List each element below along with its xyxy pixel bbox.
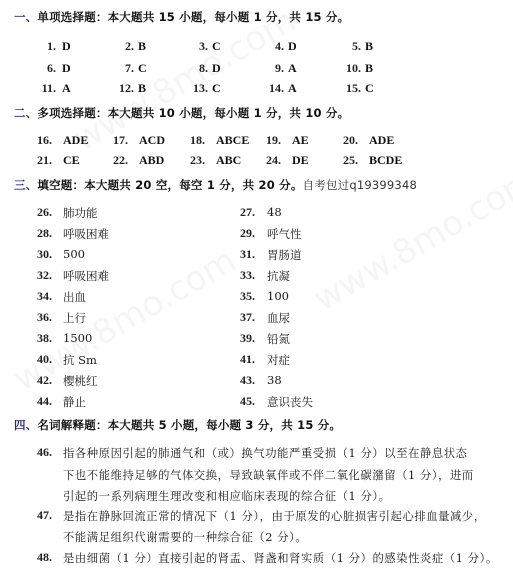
question-number: 30.	[37, 247, 52, 262]
question-number: 37.	[240, 310, 255, 325]
question-number: 35.	[240, 289, 255, 304]
question-number: 18.	[190, 133, 205, 148]
answer-value: 静止	[63, 394, 86, 410]
question-number: 5.	[0, 39, 361, 54]
question-number: 21.	[37, 153, 52, 168]
answer-text-line: 不能满足组织代谢需要的一种综合征（2 分）。	[63, 529, 307, 545]
question-number: 39.	[240, 331, 255, 346]
answer-value: ABCE	[216, 133, 249, 148]
question-number: 46.	[37, 445, 52, 460]
question-number: 32.	[37, 268, 52, 283]
question-number: 43.	[240, 373, 255, 388]
question-number: 25.	[343, 153, 358, 168]
question-number: 19.	[266, 133, 281, 148]
question-number: 42.	[37, 373, 52, 388]
question-number: 45.	[240, 394, 255, 409]
answer-value: 对症	[267, 352, 290, 368]
answer-value: 樱桃红	[63, 373, 98, 389]
section-extra-note: 自考包过q19399348	[303, 178, 417, 192]
question-number: 28.	[37, 226, 52, 241]
answer-value: 1500	[63, 331, 92, 345]
answer-value: 出血	[63, 289, 86, 305]
question-number: 10.	[0, 61, 361, 76]
answer-value: 肺功能	[63, 205, 98, 221]
answer-value: 胃肠道	[267, 247, 302, 263]
section-heading-3: 三、填空题：本大题共 20 空，每空 1 分，共 20 分。自考包过q19399…	[14, 177, 417, 193]
answer-value: 呼气性	[267, 226, 302, 242]
answer-value: ABD	[139, 153, 164, 168]
answer-value: 呼吸困难	[63, 226, 109, 242]
question-number: 29.	[240, 226, 255, 241]
section-index: 四、	[14, 418, 37, 432]
answer-text-line: 引起的一系列病理生理改变和相应临床表现的综合征（1 分）。	[63, 488, 391, 504]
question-number: 23.	[190, 153, 205, 168]
section-heading-4: 四、名词解释题：本大题共 5 小题，每小题 3 分，共 15 分。	[14, 417, 341, 433]
answer-value: 48	[267, 205, 282, 219]
question-number: 17.	[113, 133, 128, 148]
question-number: 36.	[37, 310, 52, 325]
answer-value: 血尿	[267, 310, 290, 326]
answer-value: 抗 Sm	[63, 352, 97, 368]
question-number: 26.	[37, 205, 52, 220]
section-heading-2: 二、多项选择题：本大题共 10 小题，每小题 1 分，共 10 分。	[14, 105, 349, 121]
question-number: 24.	[266, 153, 281, 168]
answer-value: 铅氮	[267, 331, 290, 347]
question-number: 47.	[37, 508, 52, 523]
question-number: 40.	[37, 352, 52, 367]
answer-value: B	[365, 39, 373, 54]
answer-value: ADE	[63, 133, 88, 148]
answer-value: 意识丧失	[267, 394, 313, 410]
question-number: 38.	[37, 331, 52, 346]
section-title: 名词解释题：本大题共 5 小题，每小题 3 分，共 15 分。	[37, 418, 341, 432]
question-number: 16.	[37, 133, 52, 148]
answer-text-line: 指各种原因引起的肺通气和（或）换气功能严重受损（1 分）以至在静息状态	[63, 445, 468, 461]
section-title: 多项选择题：本大题共 10 小题，每小题 1 分，共 10 分。	[37, 106, 349, 120]
section-heading-1: 一、单项选择题：本大题共 15 小题，每小题 1 分，共 15 分。	[14, 9, 349, 25]
answer-text-line: 是由细菌（1 分）直接引起的肾盂、肾盏和肾实质（1 分）的感染性炎症（1 分）。	[63, 550, 498, 566]
question-number: 48.	[37, 550, 52, 565]
question-number: 31.	[240, 247, 255, 262]
question-number: 41.	[240, 352, 255, 367]
answer-text-line: 是指在静脉回流正常的情况下（1 分），由于原发的心脏损害引起心排血量减少，	[63, 508, 486, 524]
answer-value: 抗凝	[267, 268, 290, 284]
answer-value: ABC	[216, 153, 241, 168]
section-index: 三、	[14, 178, 37, 192]
answer-value: CE	[63, 153, 80, 168]
question-number: 33.	[240, 268, 255, 283]
question-number: 34.	[37, 289, 52, 304]
answer-value: DE	[292, 153, 309, 168]
question-number: 22.	[113, 153, 128, 168]
answer-value: 上行	[63, 310, 86, 326]
section-title: 填空题：本大题共 20 空，每空 1 分，共 20 分。	[37, 178, 302, 192]
section-index: 一、	[14, 10, 37, 24]
answer-value: BCDE	[369, 153, 402, 168]
question-number: 15.	[0, 81, 361, 96]
answer-value: AE	[292, 133, 309, 148]
answer-value: ACD	[139, 133, 165, 148]
section-index: 二、	[14, 106, 37, 120]
question-number: 44.	[37, 394, 52, 409]
answer-value: C	[365, 81, 374, 96]
answer-value: 100	[267, 289, 289, 303]
answer-value: 呼吸困难	[63, 268, 109, 284]
answer-value: B	[365, 61, 373, 76]
answer-value: 500	[63, 247, 85, 261]
answer-value: 38	[267, 373, 282, 387]
section-title: 单项选择题：本大题共 15 小题，每小题 1 分，共 15 分。	[37, 10, 349, 24]
question-number: 27.	[240, 205, 255, 220]
answer-value: ADE	[369, 133, 394, 148]
answer-text-line: 下也不能维持足够的气体交换，导致缺氧伴或不伴二氧化碳潴留（1 分），进而	[63, 467, 474, 483]
question-number: 20.	[343, 133, 358, 148]
